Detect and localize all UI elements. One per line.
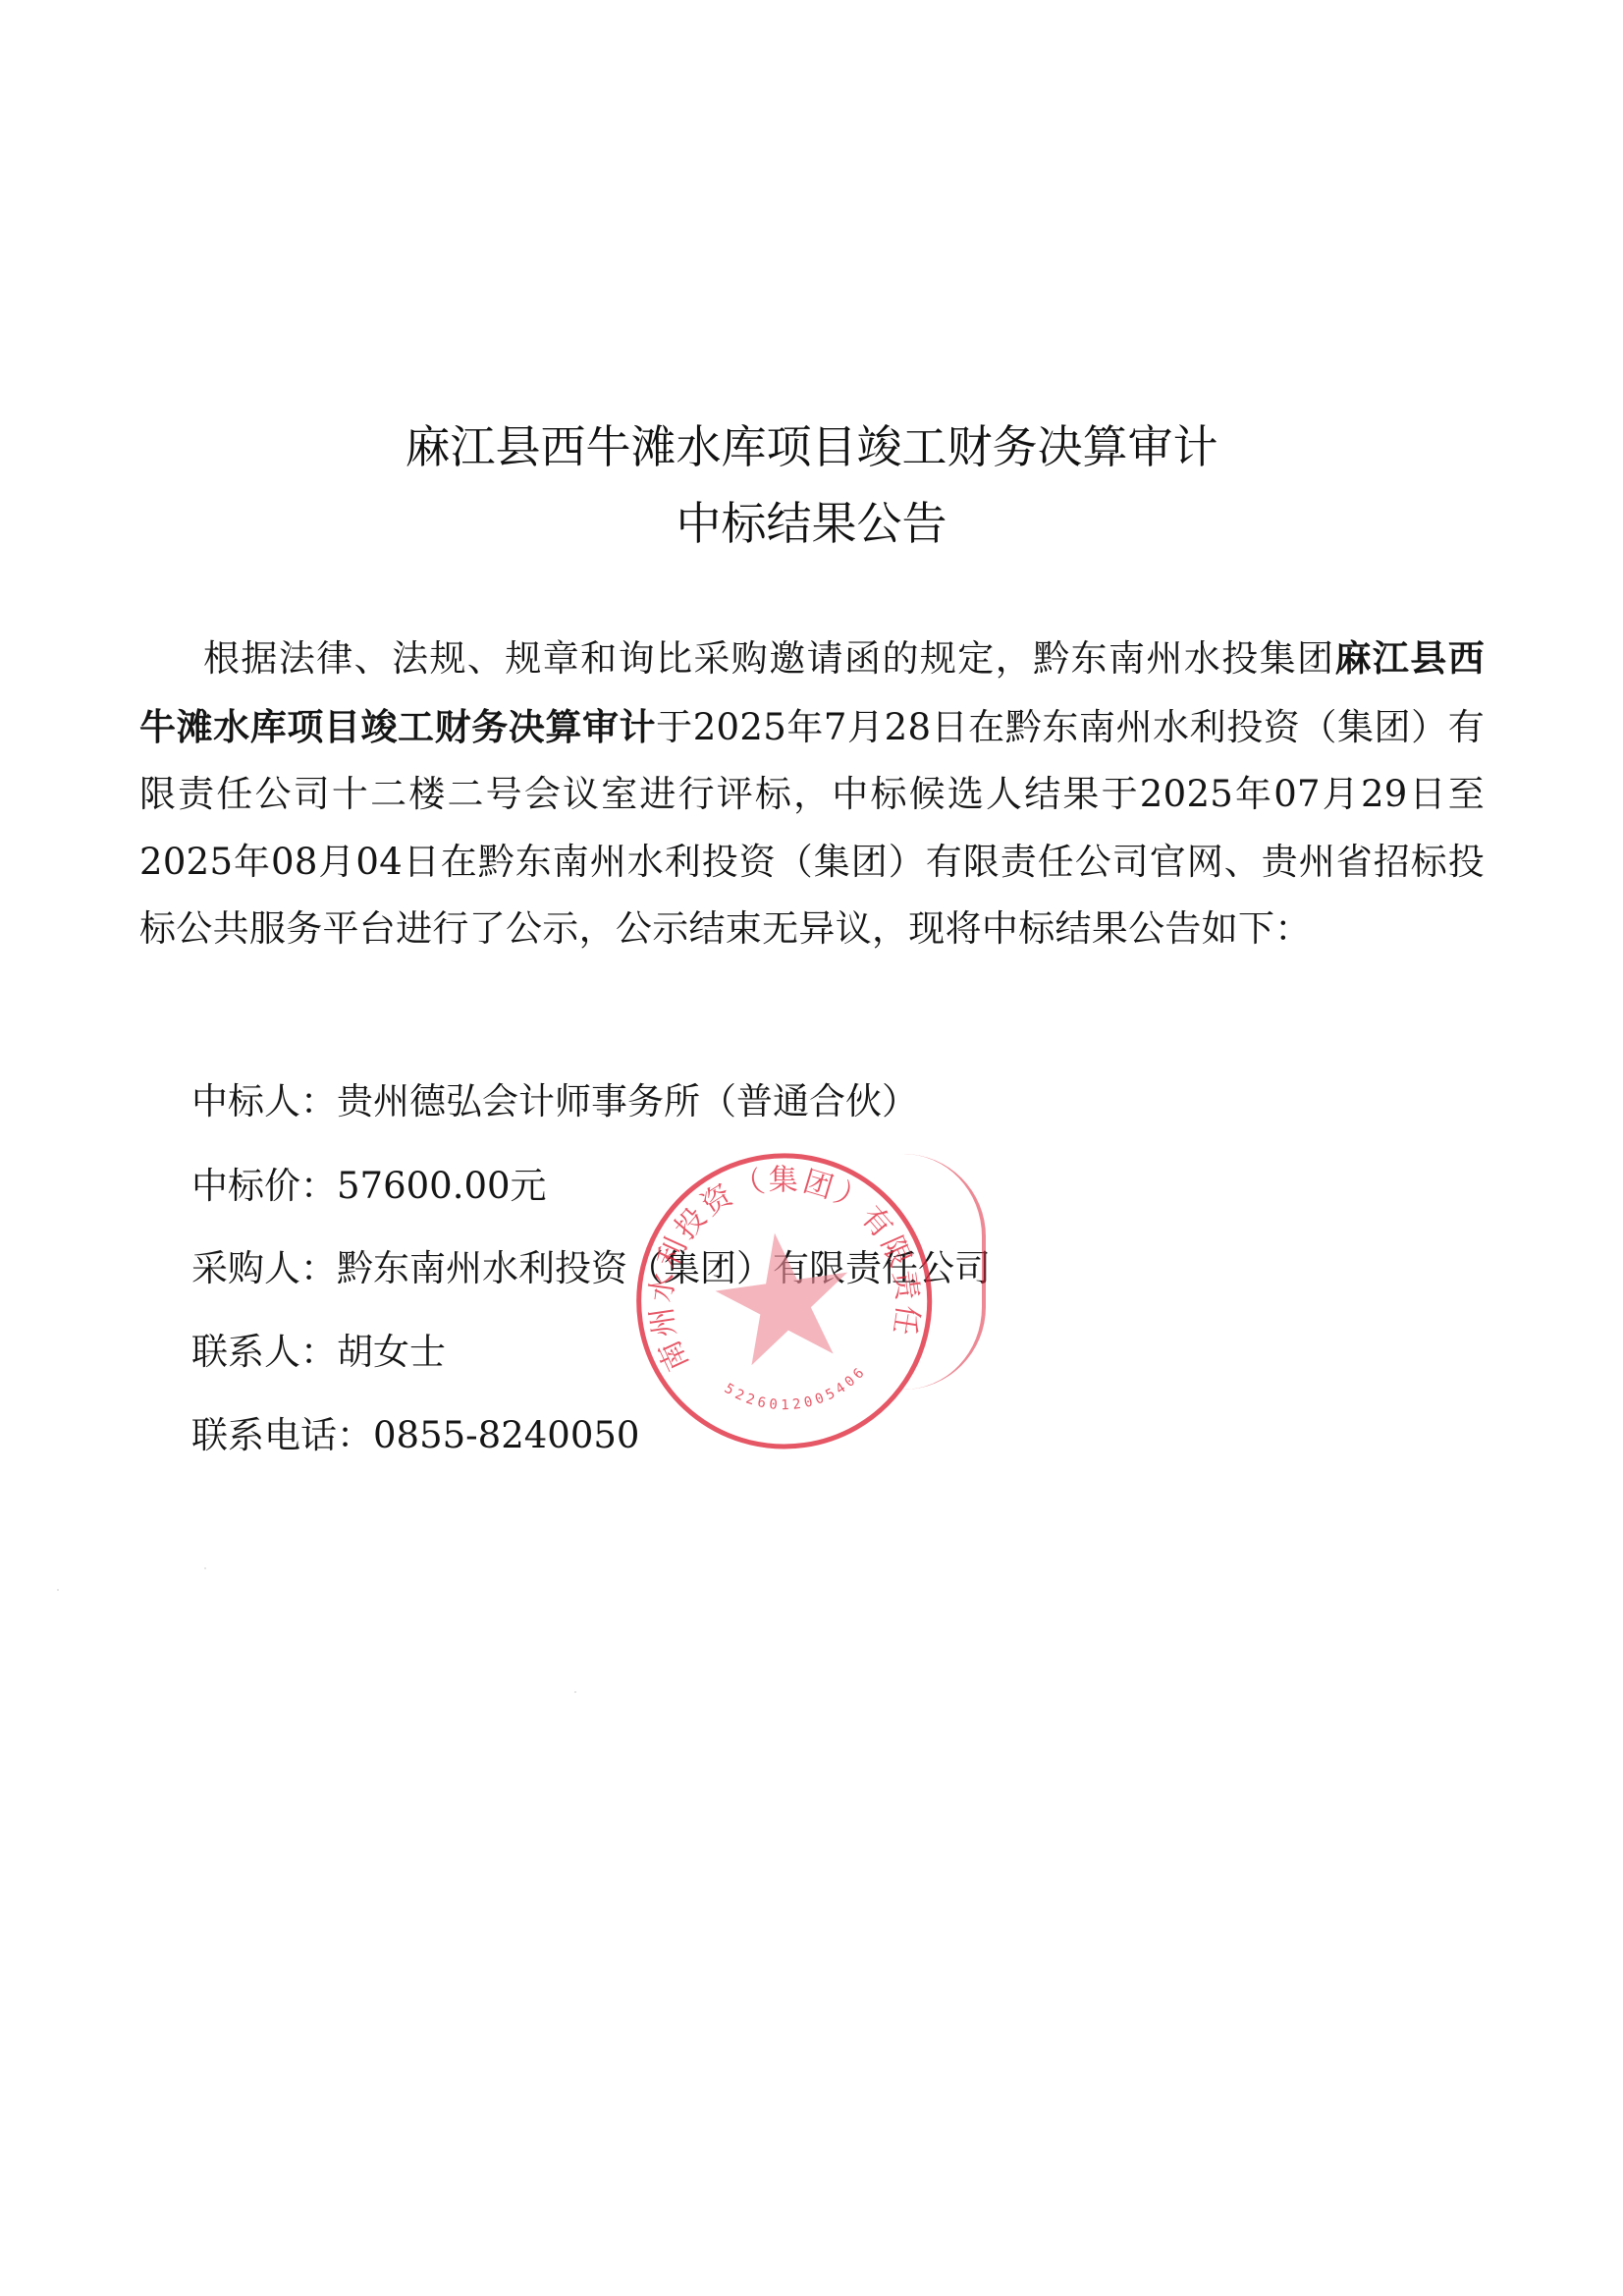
winning-price-row: 中标价：57600.00元 xyxy=(191,1168,547,1204)
winning-price-value: 57600.00元 xyxy=(337,1165,547,1207)
winning-bidder-value: 贵州德弘会计师事务所（普通合伙） xyxy=(337,1080,918,1122)
contact-person-value: 胡女士 xyxy=(337,1331,446,1373)
purchaser-label: 采购人： xyxy=(191,1247,337,1289)
contact-phone-row: 联系电话：0855-8240050 xyxy=(191,1417,639,1453)
winning-bidder-row: 中标人：贵州德弘会计师事务所（普通合伙） xyxy=(191,1083,918,1120)
document-title-line1: 麻江县西牛滩水库项目竣工财务决算审计 xyxy=(0,424,1623,469)
purchaser-row: 采购人：黔东南州水利投资（集团）有限责任公司 xyxy=(191,1250,991,1286)
document-title-line2: 中标结果公告 xyxy=(0,501,1623,546)
document-page: 麻江县西牛滩水库项目竣工财务决算审计 中标结果公告 根据法律、法规、规章和询比采… xyxy=(0,0,1623,2296)
contact-person-row: 联系人：胡女士 xyxy=(191,1334,446,1370)
seal-code-text: 5226012005406 xyxy=(720,1361,874,1422)
scan-speck xyxy=(574,1691,576,1693)
star-icon xyxy=(709,1224,859,1369)
scan-speck xyxy=(57,1589,59,1591)
winning-price-label: 中标价： xyxy=(191,1165,337,1207)
contact-person-label: 联系人： xyxy=(191,1331,337,1373)
official-seal-stamp: 黔东南州水利投资（集团）有限责任公司 5226012005406 xyxy=(596,1118,970,1475)
winning-bidder-label: 中标人： xyxy=(191,1080,337,1122)
contact-phone-label: 联系电话： xyxy=(191,1414,373,1456)
scan-speck xyxy=(204,1567,206,1569)
intro-text-part1: 根据法律、法规、规章和询比采购邀请函的规定，黔东南州水投集团 xyxy=(203,637,1334,680)
svg-text:5226012005406: 5226012005406 xyxy=(720,1361,874,1422)
announcement-paragraph: 根据法律、法规、规章和询比采购邀请函的规定，黔东南州水投集团麻江县西牛滩水库项目… xyxy=(139,625,1485,963)
purchaser-value: 黔东南州水利投资（集团）有限责任公司 xyxy=(337,1247,991,1289)
contact-phone-value: 0855-8240050 xyxy=(373,1414,639,1456)
